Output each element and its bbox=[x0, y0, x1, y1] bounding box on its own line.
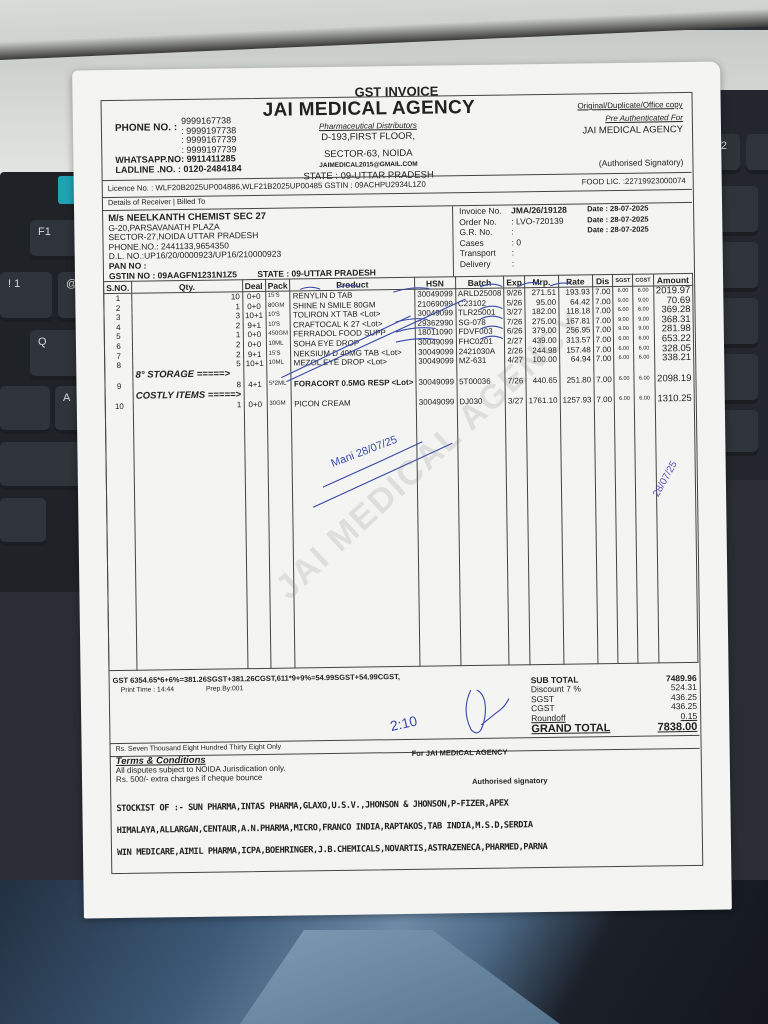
grand-total-value: 7838.00 bbox=[658, 723, 698, 733]
signature-icon bbox=[466, 690, 510, 733]
authorised-signatory: Authorised signatory bbox=[472, 776, 548, 786]
amount-words-text: Rs. Seven Thousand Eight Hundred Thirty … bbox=[116, 744, 282, 753]
terms-block: Terms & Conditions All disputes subject … bbox=[116, 755, 286, 784]
stockist-list: STOCKIST OF :- SUN PHARMA,INTAS PHARMA,G… bbox=[116, 790, 697, 864]
roundoff-value: 0.15 bbox=[681, 712, 698, 722]
grand-total-label: GRAND TOTAL bbox=[531, 724, 610, 735]
handwritten-time: 2:10 bbox=[388, 712, 418, 734]
key-caps bbox=[0, 386, 50, 434]
print-time: Print Time : 14:44 bbox=[121, 686, 174, 694]
key-ctrl bbox=[0, 498, 46, 546]
prepared-by: Prep.By:001 bbox=[206, 685, 244, 693]
handwritten-date-right: 28/07/25 bbox=[651, 459, 680, 499]
totals-block: SUB TOTAL7489.96 Discount 7 %524.31 SGST… bbox=[531, 674, 698, 735]
key-1: ! 1 bbox=[0, 272, 52, 322]
section-label: 8° STORAGE =====> bbox=[133, 369, 243, 382]
section-label: COSTLY ITEMS =====> bbox=[133, 390, 243, 403]
for-agency: For JAI MEDICAL AGENCY bbox=[412, 748, 508, 758]
key-next bbox=[746, 134, 768, 174]
invoice-paper: GST INVOICE JAI MEDICAL AGENCY PHONE NO.… bbox=[72, 62, 732, 919]
roundoff-label: Roundoff bbox=[531, 713, 565, 723]
handwritten-date-center: Mani 28/07/25 bbox=[329, 434, 398, 470]
